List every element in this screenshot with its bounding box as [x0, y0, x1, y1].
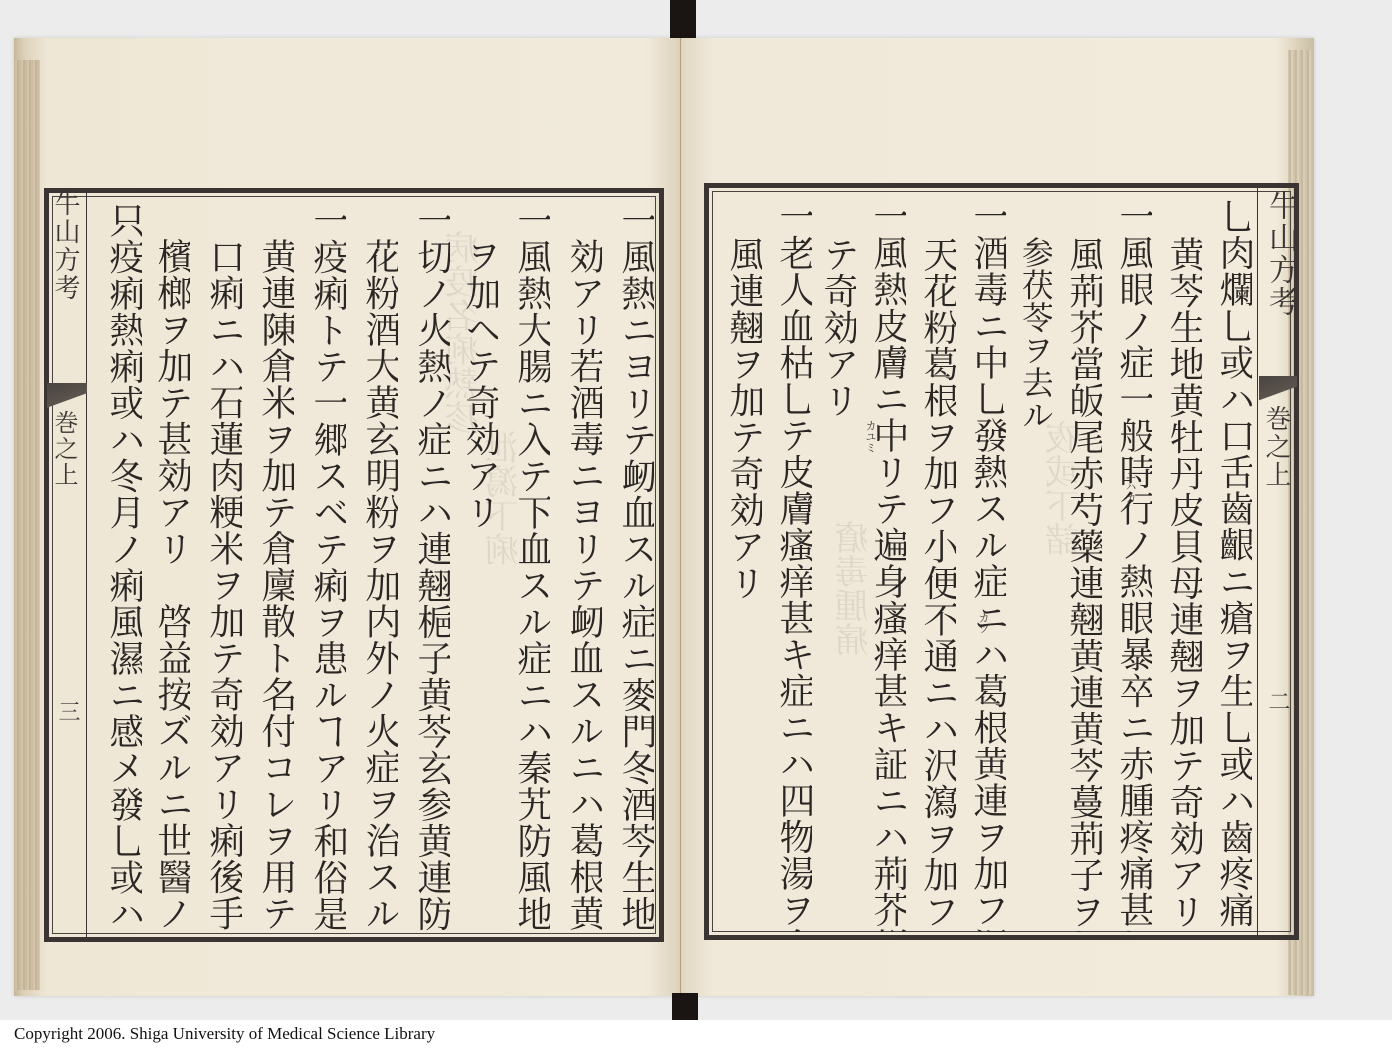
left-margin-volume: 巻之上: [47, 410, 82, 488]
text-column: 一風熱ニヨリテ衂血スル症ニ麥門冬酒芩生地黄ヲ加ヘテ甚: [602, 202, 654, 932]
text-column: 一切ノ火熱ノ症ニハ連翹梔子黄芩玄参黄連防風貝母天: [398, 202, 450, 932]
text-column: 乚肉爛乚或ハ口舌齒齦ニ瘡ヲ生乚或ハ齒疼痛ノ症ニ黄連: [1202, 198, 1252, 932]
text-column: テ奇効アリ: [812, 198, 856, 932]
right-page-text: 乚肉爛乚或ハ口舌齒齦ニ瘡ヲ生乚或ハ齒疼痛ノ症ニ黄連 黄芩生地黄牡丹皮貝母連翹ヲ加…: [716, 198, 1252, 932]
right-margin-volume: 巻之上: [1258, 405, 1295, 489]
text-column: 只疫痢熱痢或ハ冬月ノ痢風濕ニ感メ發乚或ハ噤口痢ノ: [94, 202, 142, 932]
text-column: 効アリ若酒毒ニヨリテ衂血スルニハ葛根黄連ヲ加テ有効: [550, 202, 602, 932]
text-column: 一老人血枯乚テ皮膚瘙痒甚キ症ニハ四物湯ヲ合乚荊芥防: [762, 198, 812, 932]
text-column: 参茯苓ヲ去ル: [1006, 198, 1052, 932]
text-column: 風荊芥當皈尾赤芍藥連翹黄連黄芩蔓荊子ヲ加ヘ人: [1052, 198, 1102, 932]
text-column: 風連翹ヲ加テ奇効アリ: [716, 198, 762, 932]
left-page-text: 一風熱ニヨリテ衂血スル症ニ麥門冬酒芩生地黄ヲ加ヘテ甚 効アリ若酒毒ニヨリテ衂血ス…: [92, 202, 654, 932]
right-page-number: 二: [1262, 690, 1293, 712]
furigana: カツ: [975, 612, 991, 634]
text-column: 天花粉葛根ヲ加フ小便不通ニハ沢瀉ヲ加フ: [906, 198, 956, 932]
text-column: 黄芩生地黄牡丹皮貝母連翹ヲ加テ奇効アリ: [1152, 198, 1202, 932]
binding-tab-top: [670, 0, 696, 40]
text-column: 一酒毒ニ中乚發熱スル症ニハ葛根黄連ヲ加フ渇スルモノニハ: [956, 198, 1006, 932]
copyright-notice: Copyright 2006. Shiga University of Medi…: [14, 1024, 435, 1044]
text-column: 一風眼ノ症一般時行ノ熱眼暴卒ニ赤腫疼痛甚乚キニハ防: [1102, 198, 1152, 932]
page-edge-left: [14, 60, 40, 990]
left-margin-title: 牛山方考: [47, 190, 84, 302]
fish-tail-ornament: [1259, 376, 1297, 406]
left-page-number: 三: [52, 700, 83, 722]
right-margin-title: 牛山方考: [1258, 190, 1302, 318]
furigana: カユミ: [862, 420, 878, 453]
text-column: 一風熱大腸ニ入テ下血スル症ニハ秦艽防風地楡當皈香附子: [498, 202, 550, 932]
left-margin-column-rule: [86, 193, 87, 937]
text-column: 一風熱皮膚ニ中リテ遍身瘙痒甚キ証ニハ荊芥蝉脱ヲ加: [856, 198, 906, 932]
binding-tab-bottom: [672, 993, 698, 1020]
text-column: 檳榔ヲ加テ甚効アリ 啓益按ズルニ世醫ノ倉廩散ヲ用ユル: [142, 202, 190, 932]
text-column: 一疫痢トテ一郷スベテ痢ヲ患ルヿアリ和俗是ヲ腹疫病トイフ: [294, 202, 346, 932]
text-column: 花粉酒大黄玄明粉ヲ加内外ノ火症ヲ治スル妙剤: [346, 202, 398, 932]
furigana: ニハカ: [1122, 470, 1138, 503]
text-column: ヲ加ヘテ奇効アリ: [450, 202, 498, 932]
spine-fold: [680, 38, 681, 996]
fish-tail-ornament: [47, 383, 87, 413]
text-column: 口痢ニハ石蓮肉粳米ヲ加テ奇効アリ痢後手足痛ムニハ木瓜: [190, 202, 242, 932]
text-column: 黄連陳倉米ヲ加テ倉廩散ト名付コレヲ用テ奇効アリ噤: [242, 202, 294, 932]
